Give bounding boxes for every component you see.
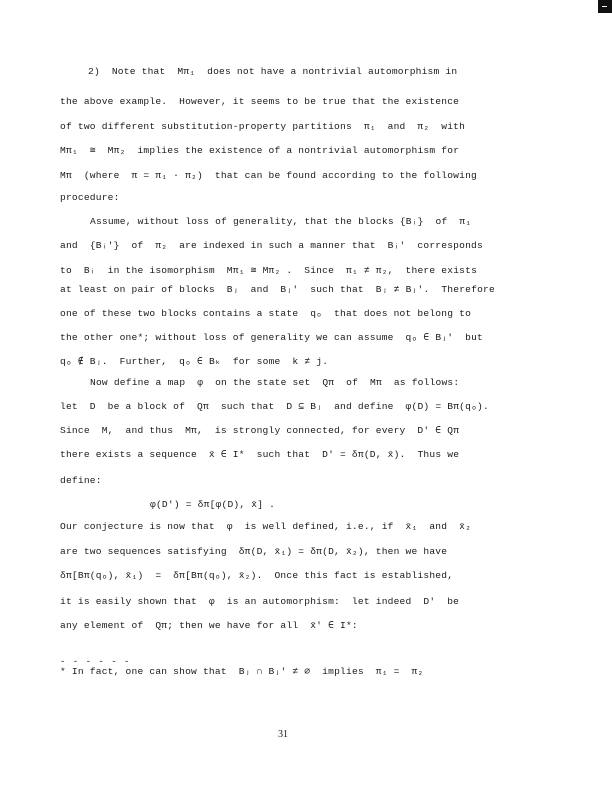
paragraph-line: are two sequences satisfying δπ(D, x̄₁) … (60, 546, 447, 558)
paragraph-line: define: (60, 475, 102, 487)
paragraph-line: to Bᵢ in the isomorphism Mπ₁ ≅ Mπ₂ . Sin… (60, 265, 477, 277)
paragraph-line: Our conjecture is now that φ is well def… (60, 521, 471, 533)
paragraph-line: any element of Qπ; then we have for all … (60, 620, 358, 632)
paragraph-line: Now define a map φ on the state set Qπ o… (90, 377, 459, 389)
paragraph-line: and {Bᵢ'} of π₂ are indexed in such a ma… (60, 240, 483, 252)
paragraph-line: Mπ (where π = π₁ · π₂) that can be found… (60, 170, 477, 182)
footnote: * In fact, one can show that Bⱼ ∩ Bⱼ' ≠ … (60, 666, 423, 678)
equation-line: φ(D') = δπ[φ(D), x̄] . (150, 499, 275, 511)
paragraph-line: Since M, and thus Mπ, is strongly connec… (60, 425, 459, 437)
paragraph-line: at least on pair of blocks Bⱼ and Bⱼ' su… (60, 284, 495, 296)
paragraph-line: there exists a sequence x̄ ∈ I* such tha… (60, 449, 459, 461)
paragraph-line: qₒ ∉ Bⱼ. Further, qₒ ∈ Bₖ for some k ≠ j… (60, 356, 328, 368)
paragraph-line: procedure: (60, 192, 120, 204)
paragraph-line: the above example. However, it seems to … (60, 96, 459, 108)
paragraph-line: let D be a block of Qπ such that D ⊆ Bⱼ … (60, 401, 489, 413)
paragraph-line: Assume, without loss of generality, that… (90, 216, 471, 228)
paragraph-line: of two different substitution-property p… (60, 121, 465, 133)
document-page: 2) Note that Mπ₁ does not have a nontriv… (0, 0, 612, 791)
page-number: 31 (278, 729, 288, 740)
paragraph-line: one of these two blocks contains a state… (60, 308, 471, 320)
paragraph-line: 2) Note that Mπ₁ does not have a nontriv… (88, 66, 457, 78)
paragraph-line: it is easily shown that φ is an automorp… (60, 596, 459, 608)
paragraph-line: Mπ₁ ≅ Mπ₂ implies the existence of a non… (60, 145, 459, 157)
paragraph-line: δπ[Bπ(qₒ), x̄₁) = δπ[Bπ(qₒ), x̄₂). Once … (60, 570, 453, 582)
paragraph-line: the other one*; without loss of generali… (60, 332, 483, 344)
